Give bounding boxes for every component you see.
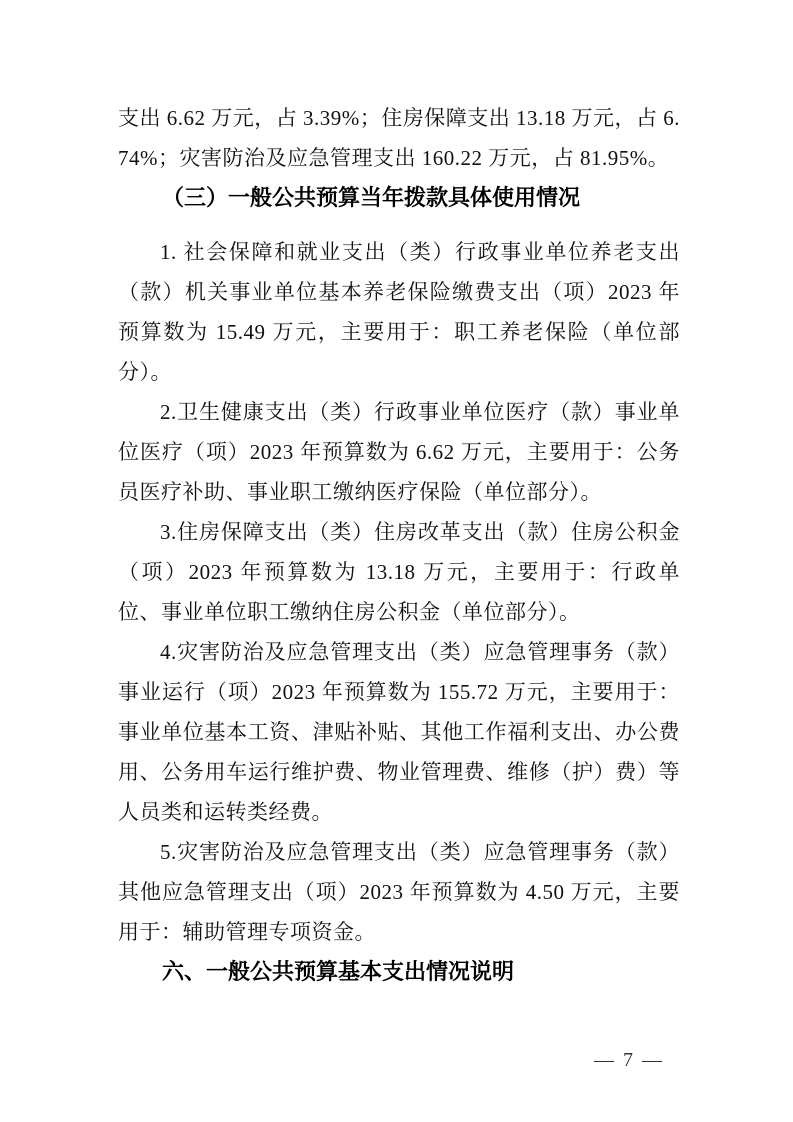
document-body: 支出 6.62 万元，占 3.39%；住房保障支出 13.18 万元，占 6. … — [118, 98, 680, 992]
paragraph-item-5-disaster-other: 5.灾害防治及应急管理支出（类）应急管理事务（款）其他应急管理支出（项）2023… — [118, 832, 680, 952]
paragraph-item-4-disaster-operation: 4.灾害防治及应急管理支出（类）应急管理事务（款）事业运行（项）2023 年预算… — [118, 632, 680, 832]
document-page: 支出 6.62 万元，占 3.39%；住房保障支出 13.18 万元，占 6. … — [0, 0, 793, 1122]
section-heading-6-basic-expenditure: 六、一般公共预算基本支出情况说明 — [118, 952, 680, 992]
paragraph-item-2-health: 2.卫生健康支出（类）行政事业单位医疗（款）事业单位医疗（项）2023 年预算数… — [118, 392, 680, 512]
paragraph-item-3-housing: 3.住房保障支出（类）住房改革支出（款）住房公积金（项）2023 年预算数为 1… — [118, 512, 680, 632]
page-number: — 7 — — [594, 1046, 664, 1074]
paragraph-budget-share-continuation: 支出 6.62 万元，占 3.39%；住房保障支出 13.18 万元，占 6. … — [118, 98, 680, 178]
section-heading-3-specific-use: （三）一般公共预算当年拨款具体使用情况 — [118, 178, 680, 218]
paragraph-item-1-social-security: 1. 社会保障和就业支出（类）行政事业单位养老支出（款）机关事业单位基本养老保险… — [118, 232, 680, 392]
